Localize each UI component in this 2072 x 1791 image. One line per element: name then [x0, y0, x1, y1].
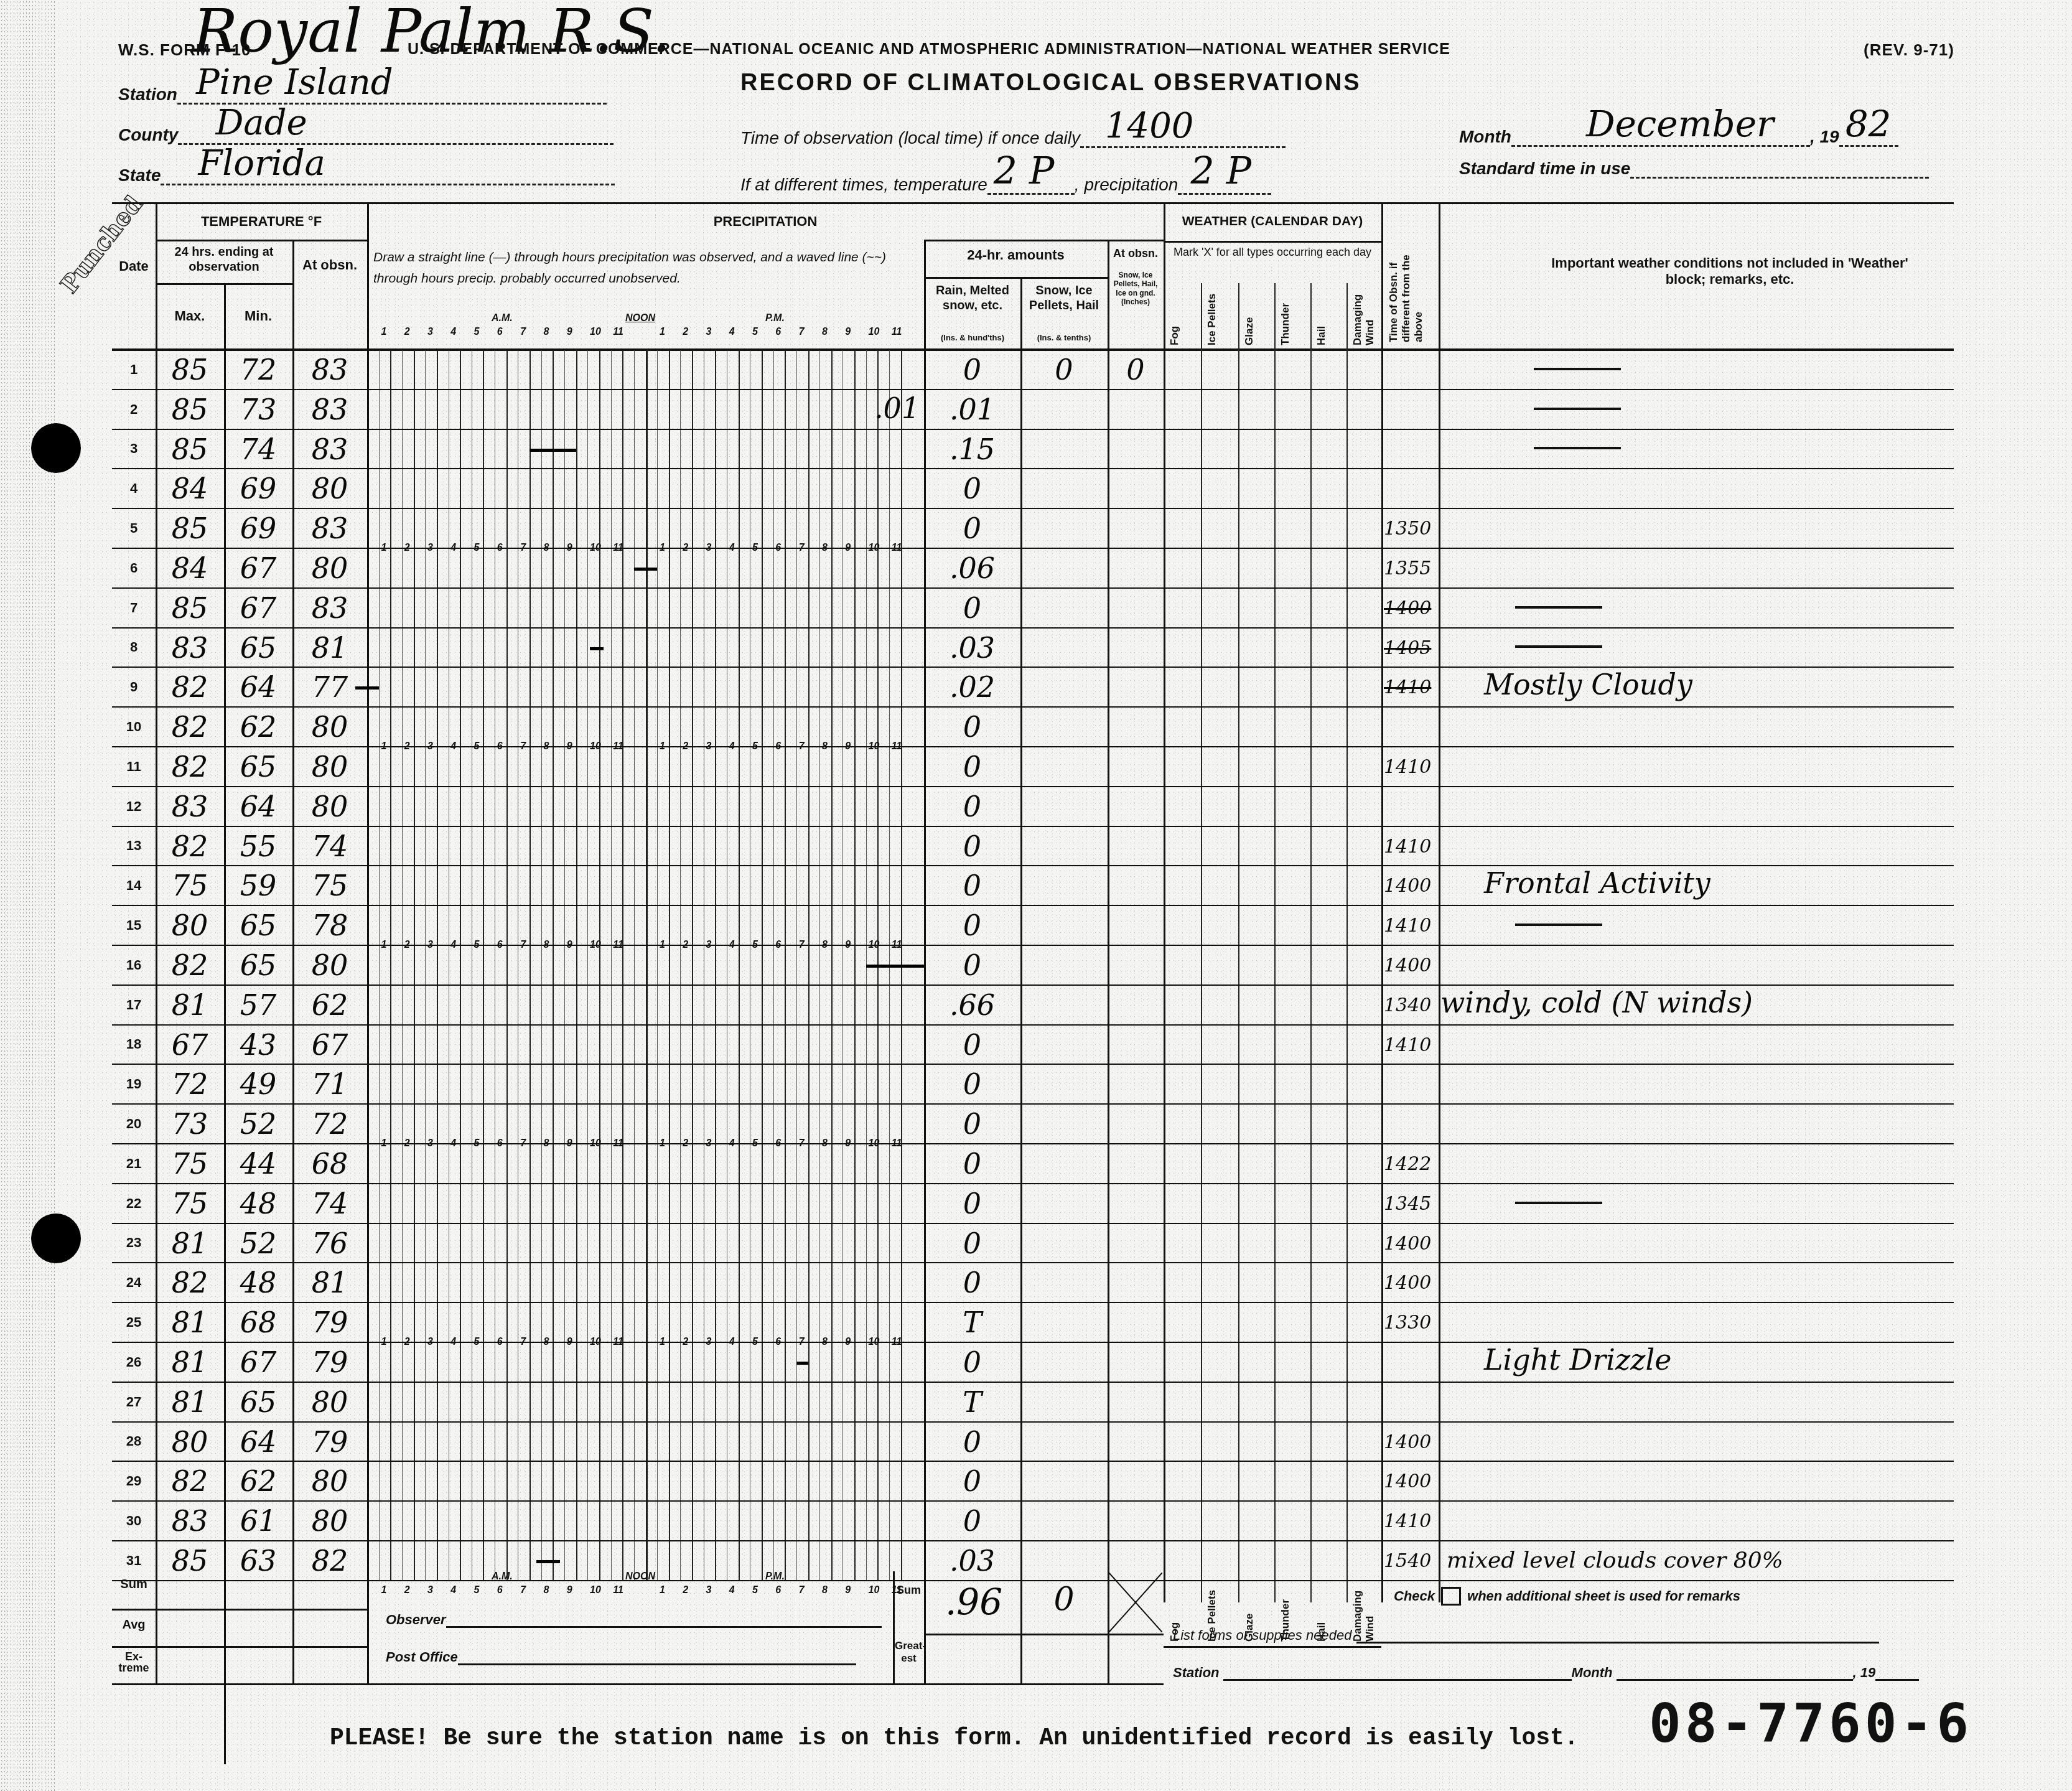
table-row: 8836581.031405 [112, 629, 1954, 668]
hour-label: 8 [822, 1585, 828, 1596]
row-date: 12 [112, 798, 156, 815]
max-temp-cell[interactable]: 75 [156, 869, 224, 902]
table-row: 25816879T1330 [112, 1303, 1954, 1343]
greatest-label: Great-est [895, 1640, 923, 1665]
min-temp-cell[interactable]: 67 [224, 591, 292, 625]
table-row: 31856382.031540mixed level clouds cover … [112, 1541, 1954, 1581]
table-row: 27816580T [112, 1383, 1954, 1423]
max-temp-cell[interactable]: 82 [156, 948, 224, 982]
table-row: 128364800 [112, 787, 1954, 827]
max-temp-cell[interactable]: 82 [156, 750, 224, 783]
row-date: 4 [112, 480, 156, 497]
col-precipitation: PRECIPITATION [367, 213, 1164, 230]
min-temp-cell[interactable]: 65 [224, 1385, 292, 1419]
min-temp-cell[interactable]: 65 [224, 948, 292, 982]
hour-label: 8 [543, 1585, 549, 1596]
table-bottom-border [112, 1683, 1164, 1685]
max-temp-cell[interactable]: 84 [156, 551, 224, 585]
obs-time-cell[interactable]: 1422 [1384, 1153, 1441, 1175]
footer-station-label: Station [1173, 1665, 1220, 1681]
supplies-field: List forms or supplies needed [1173, 1627, 1879, 1644]
table-row: 108262800 [112, 708, 1954, 747]
weather-type-4: Hail [1315, 286, 1344, 345]
agency-line: U. S. DEPARTMENT OF COMMERCE—NATIONAL OC… [408, 40, 1450, 58]
diff-times-label: If at different times, temperature [740, 175, 987, 195]
at-obsn-temp-cell[interactable]: 79 [292, 1306, 367, 1339]
sum-greatest-line [924, 1634, 1164, 1635]
min-temp-cell[interactable]: 52 [224, 1107, 292, 1141]
pm-label: P.M. [765, 313, 785, 324]
col-at-obsn-precip: At obsn. [1108, 247, 1164, 261]
min-temp-cell[interactable]: 49 [224, 1067, 292, 1101]
max-temp-cell[interactable]: 81 [156, 1385, 224, 1419]
rain-amount-cell[interactable]: .03 [924, 631, 1020, 665]
obs-time-cell[interactable]: 1410 [1384, 1510, 1441, 1532]
min-temp-cell[interactable]: 64 [224, 670, 292, 704]
at-obsn-temp-cell[interactable]: 72 [292, 1107, 367, 1141]
max-temp-cell[interactable]: 83 [156, 1504, 224, 1538]
max-temp-cell[interactable]: 84 [156, 472, 224, 505]
col-rain: Rain, Melted snow, etc. [926, 283, 1019, 313]
obs-time-field: Time of observation (local time) if once… [740, 106, 1286, 148]
at-obsn-temp-cell[interactable]: 79 [292, 1425, 367, 1459]
at-obsn-temp-cell[interactable]: 80 [292, 750, 367, 783]
row-date: 21 [112, 1156, 156, 1172]
station-field: Station Pine Island [118, 62, 607, 105]
min-temp-cell[interactable]: 59 [224, 869, 292, 902]
max-temp-cell[interactable]: 82 [156, 830, 224, 863]
precip-head-line [924, 240, 1164, 241]
hour-label: 7 [520, 327, 526, 338]
remark-dash-mark [1515, 1202, 1602, 1204]
obs-time-cell[interactable]: 1400 [1384, 1471, 1441, 1492]
obs-time-cell[interactable]: 1410 [1384, 915, 1441, 937]
table-row: 585698301350 [112, 509, 1954, 549]
temp24-head-line [156, 283, 292, 285]
binder-hole-top [31, 423, 81, 473]
weather-type-0: Fog [1169, 286, 1198, 345]
max-temp-cell[interactable]: 85 [156, 1544, 224, 1578]
observer-field: Observer [386, 1612, 882, 1628]
table-row: 1382557401410 [112, 827, 1954, 867]
table-row: 197249710 [112, 1065, 1954, 1105]
rain-amount-cell[interactable]: 0 [924, 1147, 1020, 1181]
at-obsn-temp-cell[interactable]: 75 [292, 869, 367, 902]
min-temp-cell[interactable]: 61 [224, 1504, 292, 1538]
row-date: 31 [112, 1553, 156, 1569]
obs-time-cell[interactable]: 1410 [1384, 756, 1441, 778]
at-obsn-temp-cell[interactable]: 83 [292, 433, 367, 466]
min-temp-cell[interactable]: 62 [224, 1464, 292, 1498]
min-temp-cell[interactable]: 67 [224, 1345, 292, 1379]
table-row: 207352720 [112, 1105, 1954, 1144]
max-temp-cell[interactable]: 85 [156, 433, 224, 466]
at-obsn-temp-cell[interactable]: 83 [292, 353, 367, 386]
remark-dash-mark [1515, 645, 1602, 648]
min-temp-cell[interactable]: 74 [224, 433, 292, 466]
scan-edge-noise [0, 0, 56, 1791]
max-temp-cell[interactable]: 82 [156, 1266, 224, 1299]
station-value[interactable]: Pine Island [177, 62, 607, 105]
rain-amount-cell[interactable]: .02 [924, 670, 1020, 704]
at-obsn-temp-cell[interactable]: 71 [292, 1067, 367, 1101]
std-time-field: Standard time in use [1459, 159, 1929, 179]
at-obsn-temp-cell[interactable]: 81 [292, 631, 367, 665]
min-temp-cell[interactable]: 62 [224, 710, 292, 744]
hour-label: 11 [892, 327, 902, 338]
remark-cell[interactable]: Mostly Cloudy [1484, 668, 1692, 701]
hour-label: 1 [660, 327, 665, 338]
max-temp-cell[interactable]: 82 [156, 710, 224, 744]
at-obsn-temp-cell[interactable]: 68 [292, 1147, 367, 1181]
obs-time-cell[interactable]: 1410 [1384, 1034, 1441, 1056]
rain-amount-cell[interactable]: 0 [924, 909, 1020, 942]
rain-amount-cell[interactable]: 0 [924, 1464, 1020, 1498]
supplies-input[interactable] [1356, 1630, 1879, 1644]
row-date: 30 [112, 1513, 156, 1529]
at-obsn-temp-cell[interactable]: 80 [292, 1385, 367, 1419]
additional-sheet-check: Check when additional sheet is used for … [1394, 1587, 1740, 1606]
obs-time-cell[interactable]: 1400 [1384, 597, 1441, 619]
row-date: 27 [112, 1394, 156, 1410]
table-row: 268167790Light Drizzle [112, 1343, 1954, 1383]
extreme-label: Ex-treme [112, 1651, 156, 1673]
col-date: Date [112, 258, 156, 274]
table-row: 1475597501400Frontal Activity [112, 866, 1954, 906]
min-temp-cell[interactable]: 57 [224, 988, 292, 1022]
obs-time-cell[interactable]: 1400 [1384, 1431, 1441, 1453]
rain-amount-cell[interactable]: 0 [924, 1187, 1020, 1220]
remark-dash-mark [1515, 924, 1602, 926]
table-row: 1182658001410 [112, 747, 1954, 787]
row-date: 22 [112, 1195, 156, 1212]
min-temp-cell[interactable]: 65 [224, 631, 292, 665]
row-date: 14 [112, 877, 156, 894]
rain-amount-cell[interactable]: 0 [924, 1028, 1020, 1062]
month-value[interactable]: December [1511, 103, 1810, 147]
obs-time-cell[interactable]: 1340 [1384, 994, 1441, 1016]
table-row: 2880647901400 [112, 1423, 1954, 1462]
at-obsn-temp-cell[interactable]: 79 [292, 1345, 367, 1379]
hour-label: 10 [590, 327, 601, 338]
obs-time-cell[interactable]: 1410 [1384, 836, 1441, 858]
remark-dash-mark [1515, 606, 1602, 609]
remark-cell[interactable]: mixed level clouds cover 80% [1447, 1548, 1783, 1573]
rain-amount-cell[interactable]: 0 [924, 750, 1020, 783]
max-temp-cell[interactable]: 83 [156, 631, 224, 665]
remark-cell[interactable]: Light Drizzle [1484, 1343, 1671, 1377]
county-label: County [118, 125, 178, 145]
table-row: 1580657801410 [112, 906, 1954, 946]
at-obsn-temp-cell[interactable]: 80 [292, 948, 367, 982]
hour-label: 2 [404, 1585, 410, 1596]
col-rain-unit: (Ins. & hund'ths) [926, 333, 1019, 343]
row-date: 1 [112, 362, 156, 378]
table-row: 1867436701410 [112, 1026, 1954, 1065]
please-note: PLEASE! Be sure the station name is on t… [330, 1725, 1579, 1752]
at-obsn-temp-cell[interactable]: 83 [292, 393, 367, 426]
rain-amount-cell[interactable]: .66 [924, 988, 1020, 1022]
hour-label: 8 [822, 327, 828, 338]
rain-amount-cell[interactable]: .06 [924, 551, 1020, 585]
rain-amount-cell[interactable]: 0 [924, 1425, 1020, 1459]
table-row: 3083618001410 [112, 1502, 1954, 1541]
hour-label: 5 [752, 327, 758, 338]
at-obsn-temp-cell[interactable]: 67 [292, 1028, 367, 1062]
weather-note: Mark 'X' for all types occurring each da… [1170, 246, 1375, 260]
min-temp-cell[interactable]: 55 [224, 830, 292, 863]
at-obsn-temp-cell[interactable]: 80 [292, 1504, 367, 1538]
am-label: A.M. [492, 313, 513, 324]
temp-time-value[interactable]: 2 P [987, 149, 1075, 195]
sum-avg-line [112, 1609, 367, 1611]
year-prefix: , 19 [1810, 127, 1839, 147]
row-date: 20 [112, 1116, 156, 1132]
at-obsn-temp-cell[interactable]: 80 [292, 472, 367, 505]
form-id: W.S. FORM F-10 [118, 40, 251, 60]
max-temp-cell[interactable]: 80 [156, 1425, 224, 1459]
std-time-value[interactable] [1630, 160, 1929, 179]
weather-type-3: Thunder [1279, 286, 1308, 345]
snow-amount-cell[interactable]: 0 [1020, 353, 1108, 386]
table-top-border [112, 202, 1954, 204]
col-temperature: TEMPERATURE °F [156, 213, 367, 230]
max-temp-cell[interactable]: 85 [156, 353, 224, 386]
rain-amount-cell[interactable]: 0 [924, 1504, 1020, 1538]
footer-station-field: Station Month , 19 [1173, 1665, 1919, 1681]
footer-year-input[interactable] [1875, 1667, 1919, 1681]
max-temp-cell[interactable]: 81 [156, 988, 224, 1022]
weather-foot-line [1164, 1646, 1381, 1648]
min-temp-cell[interactable]: 69 [224, 512, 292, 545]
weather-head-line [1164, 241, 1381, 243]
post-office-label: Post Office [386, 1649, 458, 1665]
rain-amount-cell[interactable]: .03 [924, 1544, 1020, 1578]
hour-label: 9 [567, 1585, 572, 1596]
min-temp-cell[interactable]: 69 [224, 472, 292, 505]
rain-amount-cell[interactable]: 0 [924, 869, 1020, 902]
max-temp-cell[interactable]: 82 [156, 670, 224, 704]
obs-time-cell[interactable]: 1540 [1384, 1550, 1441, 1572]
min-temp-cell[interactable]: 65 [224, 909, 292, 942]
at-obsn-temp-cell[interactable]: 82 [292, 1544, 367, 1578]
rain-amount-cell[interactable]: T [924, 1306, 1020, 1339]
observer-label: Observer [386, 1612, 446, 1628]
min-temp-cell[interactable]: 68 [224, 1306, 292, 1339]
form-revision: (REV. 9-71) [1864, 40, 1954, 60]
min-temp-cell[interactable]: 52 [224, 1227, 292, 1260]
hour-label: 7 [520, 1585, 526, 1596]
snow-sum-value: 0 [1020, 1581, 1108, 1618]
rain-amount-cell[interactable]: 0 [924, 1067, 1020, 1101]
at-obsn-temp-cell[interactable]: 62 [292, 988, 367, 1022]
footer-station-input[interactable] [1223, 1667, 1572, 1681]
state-value[interactable]: Florida [161, 143, 615, 185]
max-temp-cell[interactable]: 72 [156, 1067, 224, 1101]
state-field: State Florida [118, 143, 615, 185]
precip-sum-label: Sum [895, 1584, 923, 1597]
max-temp-cell[interactable]: 85 [156, 512, 224, 545]
obs-time-cell[interactable]: 1405 [1384, 637, 1441, 659]
col-weather: WEATHER (CALENDAR DAY) [1164, 213, 1381, 229]
precip-time-value[interactable]: 2 P [1178, 149, 1271, 195]
check-note: when additional sheet is used for remark… [1467, 1588, 1740, 1604]
rain-amount-cell[interactable]: 0 [924, 591, 1020, 625]
row-date: 9 [112, 679, 156, 695]
hour-label: 10 [590, 1585, 601, 1596]
row-date: 18 [112, 1036, 156, 1052]
max-temp-cell[interactable]: 81 [156, 1306, 224, 1339]
at-obsn-temp-cell[interactable]: 74 [292, 830, 367, 863]
rain-amount-cell[interactable]: 0 [924, 710, 1020, 744]
min-temp-cell[interactable]: 44 [224, 1147, 292, 1181]
table-row: 785678301400 [112, 589, 1954, 629]
rain-amount-cell[interactable]: .15 [924, 433, 1020, 466]
station-label: Station [118, 85, 177, 105]
at-obsn-temp-cell[interactable]: 76 [292, 1227, 367, 1260]
table-row: 2275487401345 [112, 1184, 1954, 1224]
post-office-input[interactable] [458, 1650, 856, 1665]
remark-cell[interactable]: windy, cold (N winds) [1440, 986, 1753, 1019]
at-obsn-temp-cell[interactable]: 80 [292, 790, 367, 823]
post-office-field: Post Office [386, 1649, 856, 1665]
min-temp-cell[interactable]: 63 [224, 1544, 292, 1578]
min-temp-cell[interactable]: 64 [224, 1425, 292, 1459]
obs-time-cell[interactable]: 1400 [1384, 1233, 1441, 1255]
min-temp-cell[interactable]: 65 [224, 750, 292, 783]
at-obsn-temp-cell[interactable]: 78 [292, 909, 367, 942]
obs-time-cell[interactable]: 1345 [1384, 1193, 1441, 1215]
observer-input[interactable] [446, 1613, 882, 1628]
at-obsn-temp-cell[interactable]: 83 [292, 512, 367, 545]
hour-label: 4 [729, 327, 735, 338]
max-temp-cell[interactable]: 80 [156, 909, 224, 942]
obs-time-cell[interactable]: 1400 [1384, 875, 1441, 897]
hour-label: 6 [497, 327, 503, 338]
min-temp-cell[interactable]: 48 [224, 1266, 292, 1299]
rain-amount-cell[interactable]: 0 [924, 472, 1020, 505]
hour-label: 3 [427, 1585, 433, 1596]
max-temp-cell[interactable]: 85 [156, 393, 224, 426]
min-temp-cell[interactable]: 43 [224, 1028, 292, 1062]
table-row: 2381527601400 [112, 1224, 1954, 1264]
rain-amount-cell[interactable]: T [924, 1385, 1020, 1419]
obs-time-cell[interactable]: 1330 [1384, 1312, 1441, 1334]
max-temp-cell[interactable]: 81 [156, 1345, 224, 1379]
min-temp-cell[interactable]: 64 [224, 790, 292, 823]
min-temp-cell[interactable]: 67 [224, 551, 292, 585]
max-temp-cell[interactable]: 75 [156, 1187, 224, 1220]
at-obsn-temp-cell[interactable]: 81 [292, 1266, 367, 1299]
remark-dash-mark [1534, 447, 1621, 449]
max-temp-cell[interactable]: 75 [156, 1147, 224, 1181]
min-temp-cell[interactable]: 73 [224, 393, 292, 426]
table-row: 9826477.021410Mostly Cloudy [112, 668, 1954, 708]
obs-time-value[interactable]: 1400 [1080, 106, 1286, 148]
remark-cell[interactable]: Frontal Activity [1484, 866, 1710, 900]
row-date: 16 [112, 957, 156, 973]
at-obsn-temp-cell[interactable]: 74 [292, 1187, 367, 1220]
county-value[interactable]: Dade [178, 103, 614, 145]
hour-label: 5 [474, 1585, 480, 1596]
at-obsn-temp-cell[interactable]: 80 [292, 710, 367, 744]
obs-time-cell[interactable]: 1350 [1384, 518, 1441, 540]
min-temp-cell[interactable]: 48 [224, 1187, 292, 1220]
obs-time-cell[interactable]: 1355 [1384, 558, 1441, 579]
row-date: 15 [112, 917, 156, 933]
precip-time-label: , precipitation [1075, 175, 1178, 195]
footer-month-input[interactable] [1617, 1667, 1853, 1681]
min-temp-cell[interactable]: 72 [224, 353, 292, 386]
table-row: 3857483.15 [112, 430, 1954, 470]
rain-amount-cell[interactable]: 0 [924, 1345, 1020, 1379]
hour-label: 4 [450, 327, 456, 338]
max-temp-cell[interactable]: 67 [156, 1028, 224, 1062]
max-temp-cell[interactable]: 83 [156, 790, 224, 823]
row-date: 10 [112, 719, 156, 735]
row-date: 19 [112, 1076, 156, 1092]
row-date: 6 [112, 560, 156, 576]
hour-label: 2 [683, 327, 688, 338]
document-number: 08-7760-6 [1649, 1693, 1972, 1755]
hour-label: 9 [845, 327, 851, 338]
table-row: 2857383.01.01 [112, 390, 1954, 430]
max-temp-cell[interactable]: 73 [156, 1107, 224, 1141]
avg-label: Avg [112, 1618, 156, 1632]
rain-amount-cell[interactable]: 0 [924, 790, 1020, 823]
obs-time-label: Time of observation (local time) if once… [740, 128, 1080, 148]
additional-sheet-checkbox[interactable] [1441, 1587, 1461, 1606]
weather-type-1: Ice Pellets [1206, 286, 1236, 345]
max-temp-cell[interactable]: 85 [156, 591, 224, 625]
hour-label: 5 [752, 1585, 758, 1596]
at-obsn-temp-cell[interactable]: 80 [292, 1464, 367, 1498]
year-value[interactable]: 82 [1839, 103, 1898, 147]
row-date: 29 [112, 1473, 156, 1489]
rain-amount-cell[interactable]: 0 [924, 1227, 1020, 1260]
col-remarks: Important weather conditions not include… [1543, 255, 1916, 288]
row-date: 26 [112, 1354, 156, 1370]
at-obsn-temp-cell[interactable]: 77 [292, 670, 367, 704]
table-row: 2482488101400 [112, 1263, 1954, 1303]
row-date: 3 [112, 441, 156, 457]
hour-label: 3 [706, 1585, 711, 1596]
rain-amount-cell[interactable]: 0 [924, 512, 1020, 545]
remark-dash-mark [1534, 368, 1621, 370]
footer-year-prefix: , 19 [1853, 1665, 1876, 1681]
max-temp-cell[interactable]: 82 [156, 1464, 224, 1498]
hour-label: 5 [474, 327, 480, 338]
at-obsn-temp-cell[interactable]: 83 [292, 591, 367, 625]
rain-sum-value: .96 [927, 1581, 1020, 1623]
table-row: 48469800 [112, 469, 1954, 509]
rain-amount-cell[interactable]: 0 [924, 1107, 1020, 1141]
max-temp-cell[interactable]: 81 [156, 1227, 224, 1260]
rain-amount-cell[interactable]: 0 [924, 1266, 1020, 1299]
hour-label: 9 [567, 327, 572, 338]
at-obsn-temp-cell[interactable]: 80 [292, 551, 367, 585]
obs-time-cell[interactable]: 1400 [1384, 1272, 1441, 1294]
table-row: 2175446801422 [112, 1144, 1954, 1184]
obs-time-cell[interactable]: 1410 [1384, 676, 1441, 698]
snow-ground-cell[interactable]: 0 [1108, 353, 1164, 386]
obs-time-cell[interactable]: 1400 [1384, 955, 1441, 976]
rain-amount-cell[interactable]: 0 [924, 948, 1020, 982]
rain-amount-cell[interactable]: 0 [924, 830, 1020, 863]
hour-label: 7 [799, 327, 805, 338]
rain-amount-cell[interactable]: 0 [924, 353, 1020, 386]
rain-amount-cell[interactable]: .01 [924, 393, 1020, 426]
